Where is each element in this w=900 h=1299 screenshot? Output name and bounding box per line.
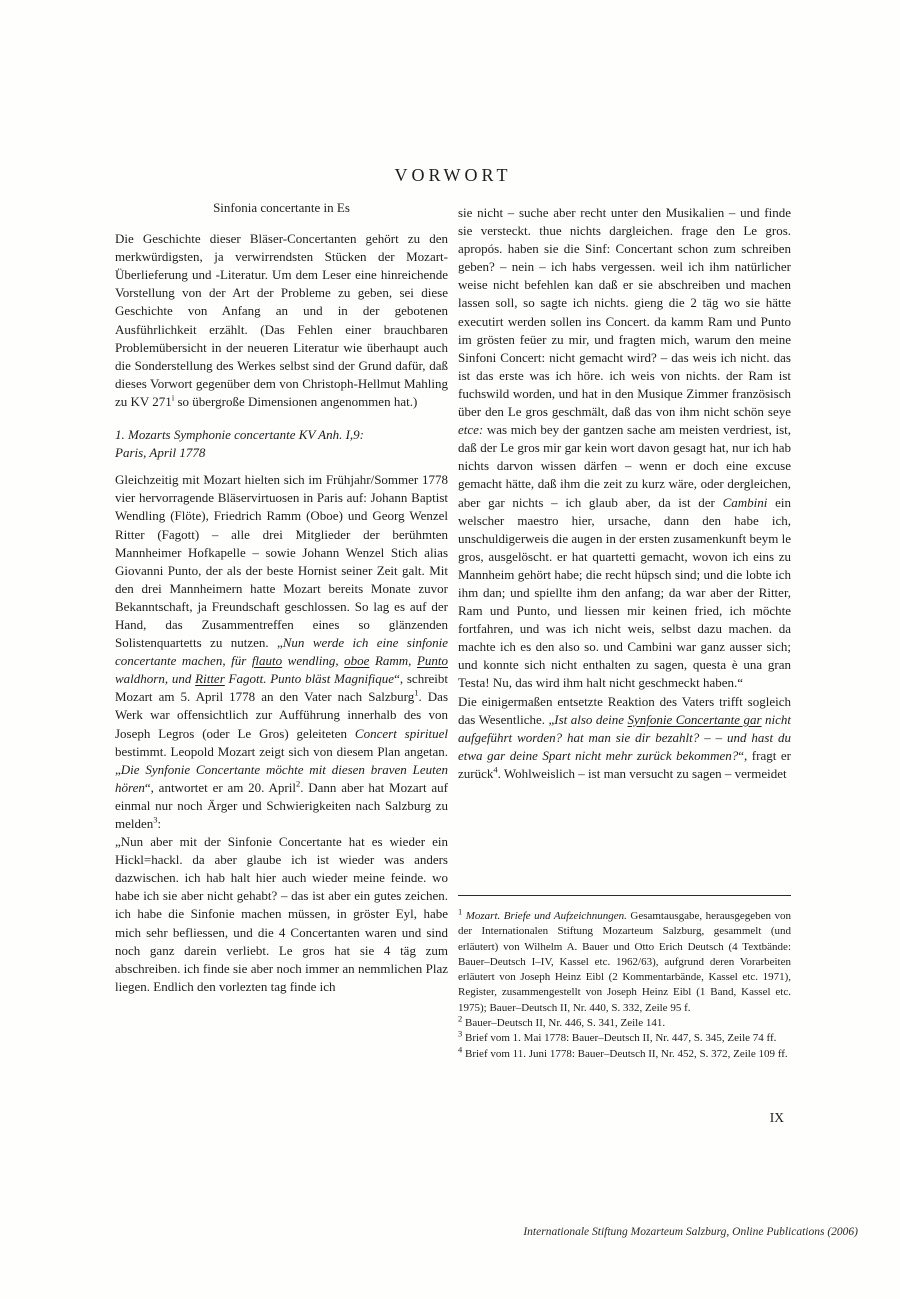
footnote-1: 1 Mozart. Briefe und Aufzeichnungen. Ges… bbox=[458, 909, 791, 1016]
para-paris: Gleichzeitig mit Mozart hielten sich im … bbox=[115, 471, 448, 833]
para-letter-quote-continued: sie nicht – suche aber recht unter den M… bbox=[458, 204, 791, 693]
footnote-block: 1 Mozart. Briefe und Aufzeichnungen. Ges… bbox=[458, 895, 791, 1062]
para-intro: Die Geschichte dieser Bläser-Concertante… bbox=[115, 230, 448, 411]
document-page: VORWORT Sinfonia concertante in Es Die G… bbox=[0, 0, 900, 1299]
right-column-text: sie nicht – suche aber recht unter den M… bbox=[458, 204, 791, 783]
footnote-4: 4 Brief vom 11. Juni 1778: Bauer–Deutsch… bbox=[458, 1047, 791, 1062]
left-column: Sinfonia concertante in Es Die Geschicht… bbox=[115, 199, 448, 996]
footnote-2: 2 Bauer–Deutsch II, Nr. 446, S. 341, Zei… bbox=[458, 1016, 791, 1031]
para-vater-reaktion: Die einigermaßen entsetzte Reaktion des … bbox=[458, 693, 791, 783]
para-letter-quote-start: „Nun aber mit der Sinfonie Concertante h… bbox=[115, 833, 448, 996]
footer-publication-credit: Internationale Stiftung Mozarteum Salzbu… bbox=[523, 1226, 858, 1238]
page-number: IX bbox=[458, 1110, 784, 1126]
section-heading-1: 1. Mozarts Symphonie concertante KV Anh.… bbox=[115, 426, 448, 462]
footnote-3: 3 Brief vom 1. Mai 1778: Bauer–Deutsch I… bbox=[458, 1031, 791, 1046]
left-column-text: Die Geschichte dieser Bläser-Concertante… bbox=[115, 230, 448, 996]
page-title: VORWORT bbox=[115, 165, 791, 186]
footnote-list: 1 Mozart. Briefe und Aufzeichnungen. Ges… bbox=[458, 909, 791, 1062]
work-heading: Sinfonia concertante in Es bbox=[115, 199, 448, 217]
right-column: sie nicht – suche aber recht unter den M… bbox=[458, 204, 791, 783]
